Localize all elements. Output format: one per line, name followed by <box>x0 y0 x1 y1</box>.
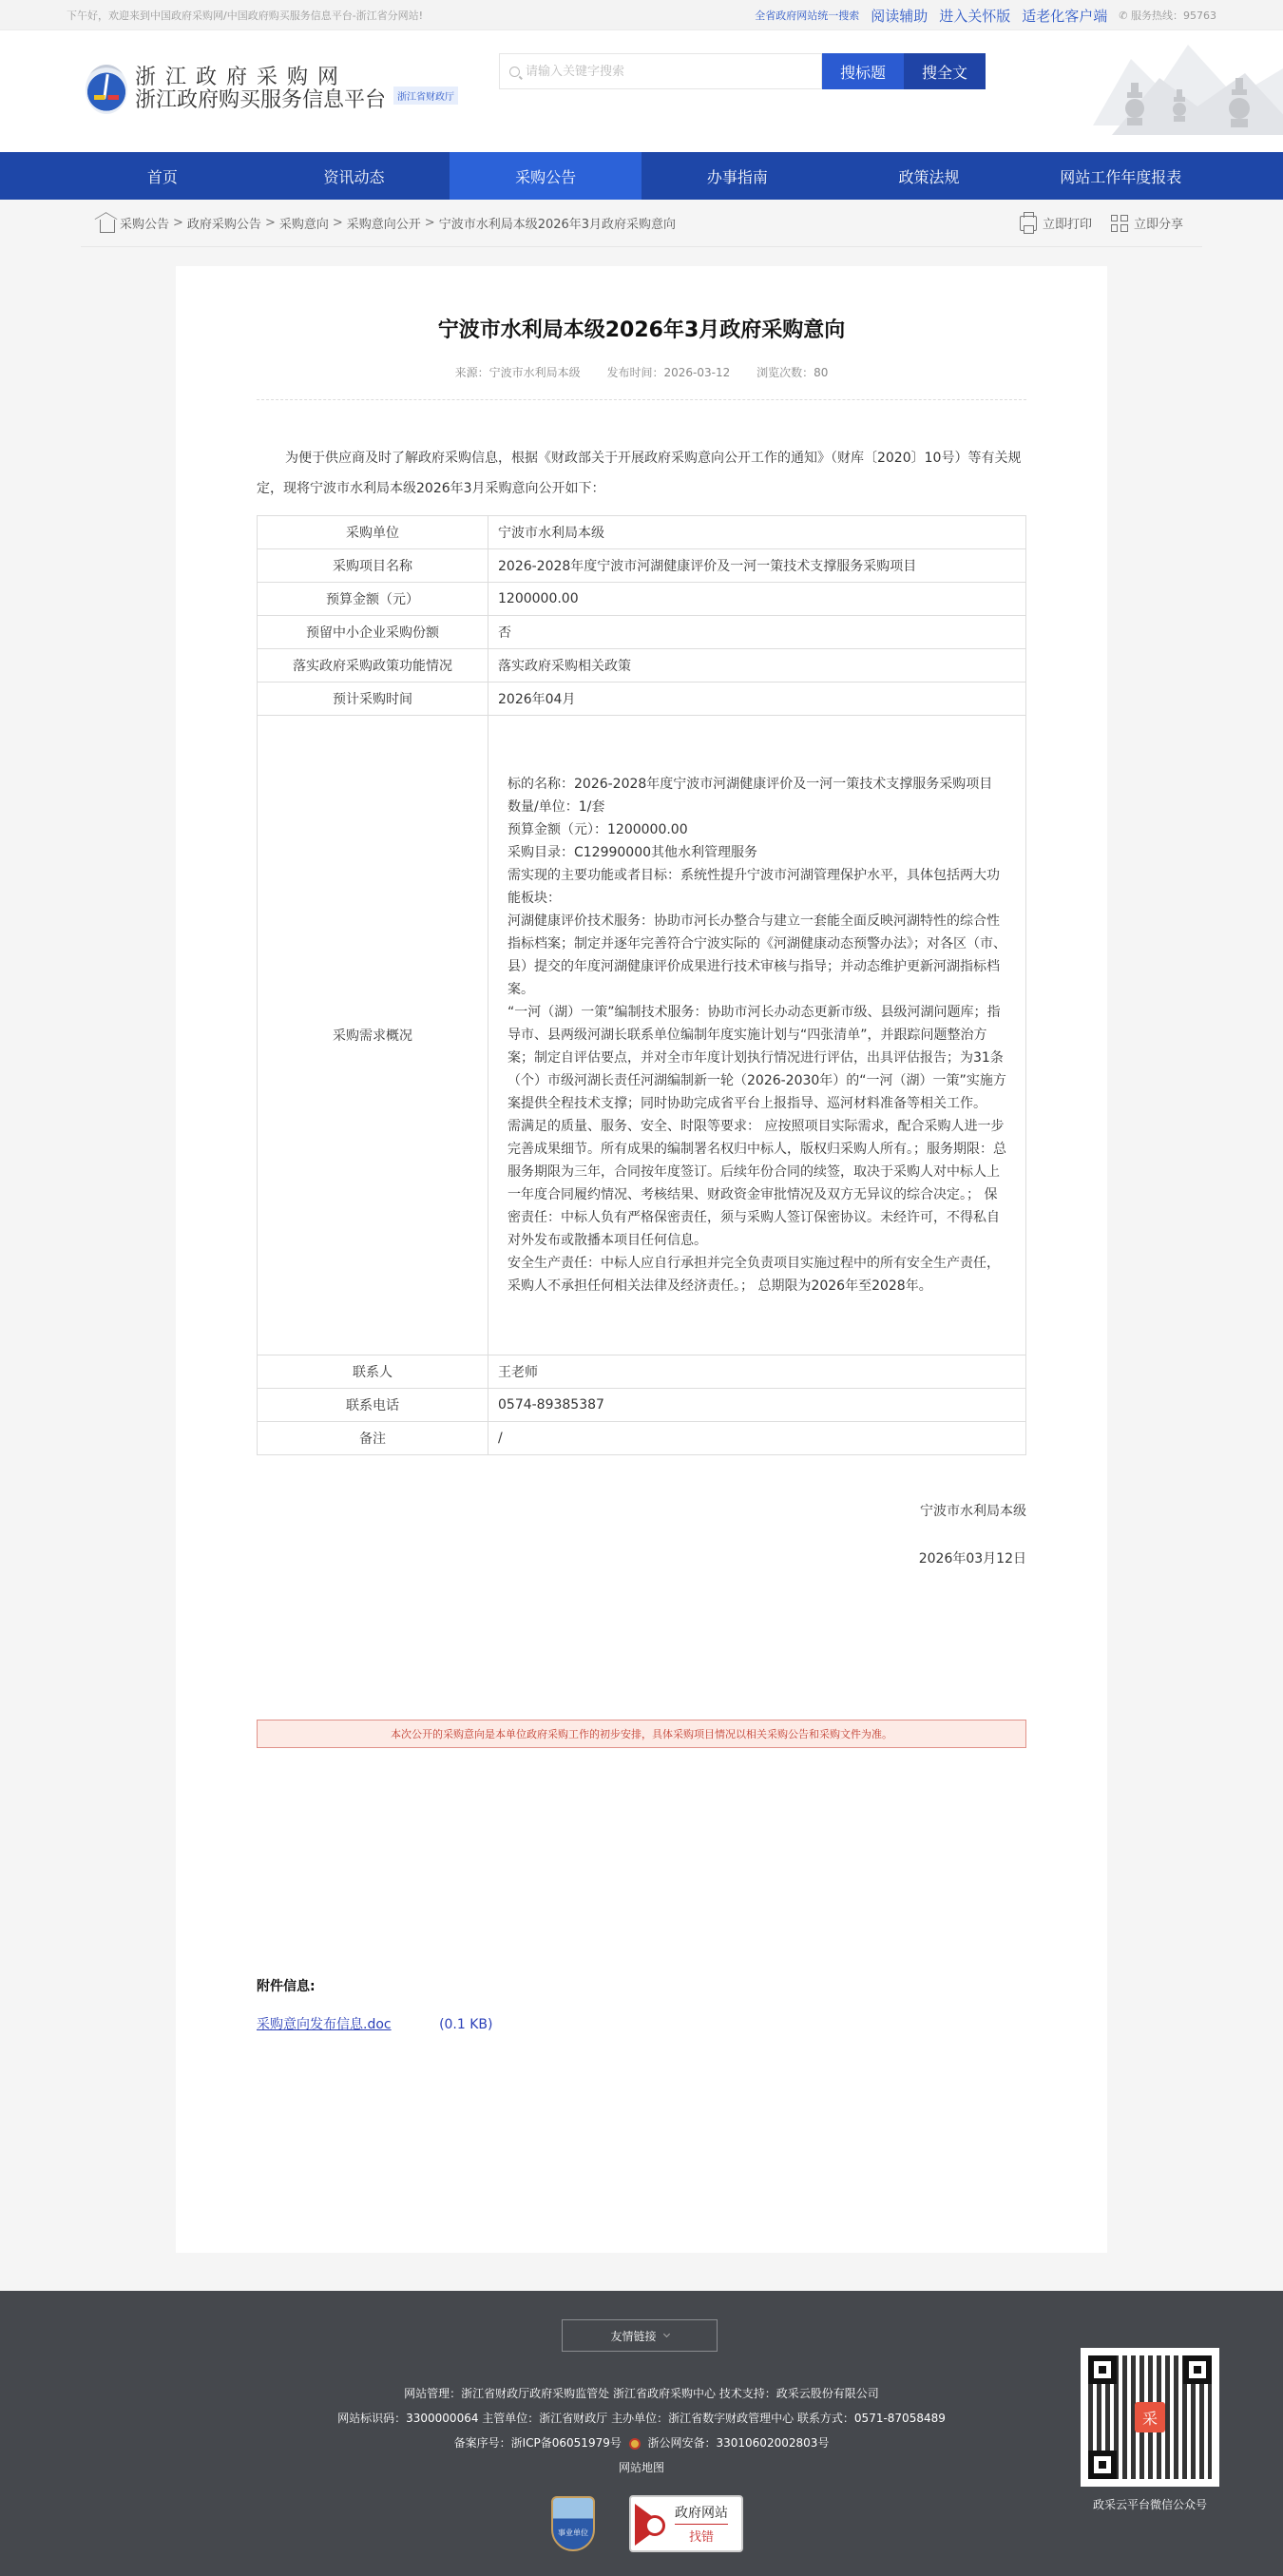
sitemap-link[interactable]: 网站地图 <box>619 2461 664 2474</box>
signature-date: 2026年03月12日 <box>257 1548 1026 1567</box>
table-row: 预留中小企业采购份额否 <box>258 616 1026 649</box>
breadcrumb-current: 宁波市水利局本级2026年3月政府采购意向 <box>439 214 676 232</box>
zcy-logo-icon: 采 <box>1135 2402 1165 2432</box>
row-value: 王老师 <box>488 1355 1026 1389</box>
logo-subtitle: 浙江政府购买服务信息平台 <box>135 89 386 112</box>
breadcrumb-separator: > <box>425 216 435 230</box>
printer-icon <box>1020 216 1037 231</box>
institution-badge-label: 事业单位 <box>558 2528 588 2538</box>
requirement-paragraph: 安全生产责任：中标人应自行承担并完全负责项目实施过程中的所有安全生产责任，采购人… <box>507 1252 1006 1298</box>
table-row: 备注/ <box>258 1422 1026 1455</box>
article-meta: 来源：宁波市水利局本级 发布时间：2026-03-12 浏览次数：80 <box>257 364 1026 400</box>
institution-badge[interactable]: 事业单位 <box>551 2496 595 2551</box>
police-record-link[interactable]: 浙公网安备：33010602002803号 <box>648 2436 830 2450</box>
row-value: 落实政府采购相关政策 <box>488 649 1026 682</box>
article-intro: 为便于供应商及时了解政府采购信息，根据《财政部关于开展政府采购意向公开工作的通知… <box>257 443 1026 504</box>
footer-badges: 事业单位 政府网站 找错 <box>551 2495 743 2552</box>
table-row: 采购项目名称2026-2028年度宁波市河湖健康评价及一河一策技术支撑服务采购项… <box>258 549 1026 583</box>
search-title-button[interactable]: 搜标题 <box>822 53 904 89</box>
article-source: 来源：宁波市水利局本级 <box>455 366 581 379</box>
breadcrumb-item[interactable]: 采购意向公开 <box>347 214 421 232</box>
requirement-paragraph: 需满足的质量、服务、安全、时限等要求： 应按照项目实际需求，配合采购人进一步完善… <box>507 1115 1006 1252</box>
breadcrumb-separator: > <box>333 216 343 230</box>
row-label: 预计采购时间 <box>258 682 488 716</box>
breadcrumb-item[interactable]: 采购公告 <box>120 214 169 232</box>
top-bar: 下午好，欢迎来到中国政府采购网/中国政府购买服务信息平台-浙江省分网站! 全省政… <box>0 0 1283 30</box>
logo-badge: 浙江省财政厅 <box>393 87 458 105</box>
row-label: 采购单位 <box>258 516 488 549</box>
requirement-paragraph: 采购目录：C12990000其他水利管理服务 <box>507 841 1006 864</box>
nav-annual-report[interactable]: 网站工作年度报表 <box>1024 152 1216 200</box>
article-title: 宁波市水利局本级2026年3月政府采购意向 <box>257 314 1026 343</box>
print-label: 立即打印 <box>1043 214 1092 232</box>
wechat-qr-block: 采 政采云平台微信公众号 <box>1081 2348 1219 2512</box>
scenery-decoration <box>1093 30 1283 152</box>
nav-procurement-notice[interactable]: 采购公告 <box>450 152 641 200</box>
logo-title: 浙江政府采购网 <box>135 67 386 89</box>
table-row: 落实政府采购政策功能情况落实政府采购相关政策 <box>258 649 1026 682</box>
row-label: 落实政府采购政策功能情况 <box>258 649 488 682</box>
breadcrumb-separator: > <box>173 216 183 230</box>
qrcode-icon <box>1111 215 1128 232</box>
row-value: 2026年04月 <box>488 682 1026 716</box>
nav-home[interactable]: 首页 <box>67 152 259 200</box>
breadcrumb-item[interactable]: 政府采购公告 <box>187 214 261 232</box>
row-label: 联系电话 <box>258 1389 488 1422</box>
table-row-requirements: 采购需求概况标的名称：2026-2028年度宁波市河湖健康评价及一河一策技术支撑… <box>258 716 1026 1355</box>
chevron-down-icon <box>662 2331 669 2337</box>
article-card: 宁波市水利局本级2026年3月政府采购意向 来源：宁波市水利局本级 发布时间：2… <box>176 266 1107 2253</box>
top-links: 全省政府网站统一搜索 阅读辅助 进入关怀版 适老化客户端 ✆ 服务热线：9576… <box>755 6 1216 26</box>
row-value: 0574-89385387 <box>488 1389 1026 1422</box>
search-icon <box>509 67 520 77</box>
row-value: 2026-2028年度宁波市河湖健康评价及一河一策技术支撑服务采购项目 <box>488 549 1026 583</box>
search-fulltext-button[interactable]: 搜全文 <box>904 53 986 89</box>
header: 浙江政府采购网 浙江政府购买服务信息平台 浙江省财政厅 搜标题 搜全文 <box>0 30 1283 152</box>
footer: 友情链接 网站管理：浙江省财政厅政府采购监管处 浙江省政府采购中心 技术支持：政… <box>0 2291 1283 2576</box>
row-value: / <box>488 1422 1026 1455</box>
article-views: 浏览次数：80 <box>756 366 828 379</box>
attachment-section: 附件信息: 采购意向发布信息.doc (0.1 KB) <box>257 1976 1026 2033</box>
row-value: 否 <box>488 616 1026 649</box>
emblem-icon <box>86 65 127 114</box>
nav-policy[interactable]: 政策法规 <box>833 152 1025 200</box>
breadcrumb: 采购公告> 政府采购公告> 采购意向> 采购意向公开> 宁波市水利局本级2026… <box>100 214 676 232</box>
table-row: 采购单位宁波市水利局本级 <box>258 516 1026 549</box>
unified-search-link[interactable]: 全省政府网站统一搜索 <box>755 8 859 23</box>
table-row: 联系电话0574-89385387 <box>258 1389 1026 1422</box>
wechat-qr-code: 采 <box>1081 2348 1219 2487</box>
qr-caption: 政采云平台微信公众号 <box>1081 2496 1219 2512</box>
row-label: 预算金额（元） <box>258 583 488 616</box>
main-nav: 首页 资讯动态 采购公告 办事指南 政策法规 网站工作年度报表 <box>0 152 1283 200</box>
procurement-intent-table: 采购单位宁波市水利局本级采购项目名称2026-2028年度宁波市河湖健康评价及一… <box>257 515 1026 1455</box>
care-version-link[interactable]: 进入关怀版 <box>939 6 1010 26</box>
requirement-paragraph: 河湖健康评价技术服务：协助市河长办整合与建立一套能全面反映河湖特性的综合性指标档… <box>507 910 1006 1001</box>
row-value: 宁波市水利局本级 <box>488 516 1026 549</box>
welcome-text: 下午好，欢迎来到中国政府采购网/中国政府购买服务信息平台-浙江省分网站! <box>67 8 423 23</box>
site-logo[interactable]: 浙江政府采购网 浙江政府购买服务信息平台 浙江省财政厅 <box>86 65 458 114</box>
row-label: 预留中小企业采购份额 <box>258 616 488 649</box>
table-row: 预计采购时间2026年04月 <box>258 682 1026 716</box>
friend-links-dropdown[interactable]: 友情链接 <box>562 2319 718 2352</box>
table-row: 预算金额（元）1200000.00 <box>258 583 1026 616</box>
police-badge-icon <box>629 2438 641 2450</box>
requirement-paragraph: “一河（湖）一策”编制技术服务：协助市河长办动态更新市级、县级河湖问题库；指导市… <box>507 1001 1006 1115</box>
search-input[interactable] <box>526 65 801 79</box>
table-row: 联系人王老师 <box>258 1355 1026 1389</box>
magnifier-icon <box>635 2500 671 2547</box>
share-label: 立即分享 <box>1134 214 1183 232</box>
requirement-paragraph: 预算金额（元）：1200000.00 <box>507 818 1006 841</box>
requirement-paragraph: 标的名称：2026-2028年度宁波市河湖健康评价及一河一策技术支撑服务采购项目 <box>507 773 1006 796</box>
row-label: 采购需求概况 <box>258 716 488 1355</box>
breadcrumb-item[interactable]: 采购意向 <box>279 214 329 232</box>
attachment-item: 采购意向发布信息.doc (0.1 KB) <box>257 2014 1026 2033</box>
search-bar: 搜标题 搜全文 <box>499 53 986 89</box>
row-value: 1200000.00 <box>488 583 1026 616</box>
share-button[interactable]: 立即分享 <box>1111 214 1183 232</box>
disclaimer-notice: 本次公开的采购意向是本单位政府采购工作的初步安排，具体采购项目情况以相关采购公告… <box>257 1720 1026 1748</box>
signature: 宁波市水利局本级 2026年03月12日 <box>257 1501 1026 1567</box>
hotline: ✆ 服务热线：95763 <box>1119 8 1216 23</box>
find-error-badge[interactable]: 政府网站 找错 <box>629 2495 743 2552</box>
search-box <box>499 53 822 89</box>
hotline-text: 服务热线：95763 <box>1131 10 1216 22</box>
attachment-link[interactable]: 采购意向发布信息.doc <box>257 2017 392 2032</box>
breadcrumb-bar: 采购公告> 政府采购公告> 采购意向> 采购意向公开> 宁波市水利局本级2026… <box>81 200 1202 247</box>
nav-news[interactable]: 资讯动态 <box>259 152 450 200</box>
attachment-size: (0.1 KB) <box>439 2017 492 2032</box>
nav-guide[interactable]: 办事指南 <box>641 152 833 200</box>
reading-assist-link[interactable]: 阅读辅助 <box>871 6 928 26</box>
icp-link[interactable]: 备案序号：浙ICP备06051979号 <box>454 2436 622 2450</box>
print-button[interactable]: 立即打印 <box>1020 214 1092 232</box>
find-error-bottom: 找错 <box>675 2527 728 2545</box>
home-icon <box>100 220 115 233</box>
requirements-summary: 标的名称：2026-2028年度宁波市河湖健康评价及一河一策技术支撑服务采购项目… <box>488 716 1026 1355</box>
row-label: 采购项目名称 <box>258 549 488 583</box>
row-label: 备注 <box>258 1422 488 1455</box>
attachment-title: 附件信息: <box>257 1976 1026 1995</box>
article-publish-time: 发布时间：2026-03-12 <box>606 366 730 379</box>
friend-links-label: 友情链接 <box>610 2328 656 2344</box>
find-error-top: 政府网站 <box>675 2503 728 2525</box>
elderly-client-link[interactable]: 适老化客户端 <box>1022 6 1107 26</box>
phone-icon: ✆ <box>1119 10 1131 22</box>
breadcrumb-separator: > <box>265 216 276 230</box>
signature-org: 宁波市水利局本级 <box>257 1501 1026 1520</box>
row-label: 联系人 <box>258 1355 488 1389</box>
requirement-paragraph: 需实现的主要功能或者目标：系统性提升宁波市河湖管理保护水平，具体包括两大功能板块… <box>507 864 1006 910</box>
requirement-paragraph: 数量/单位：1/套 <box>507 796 1006 818</box>
